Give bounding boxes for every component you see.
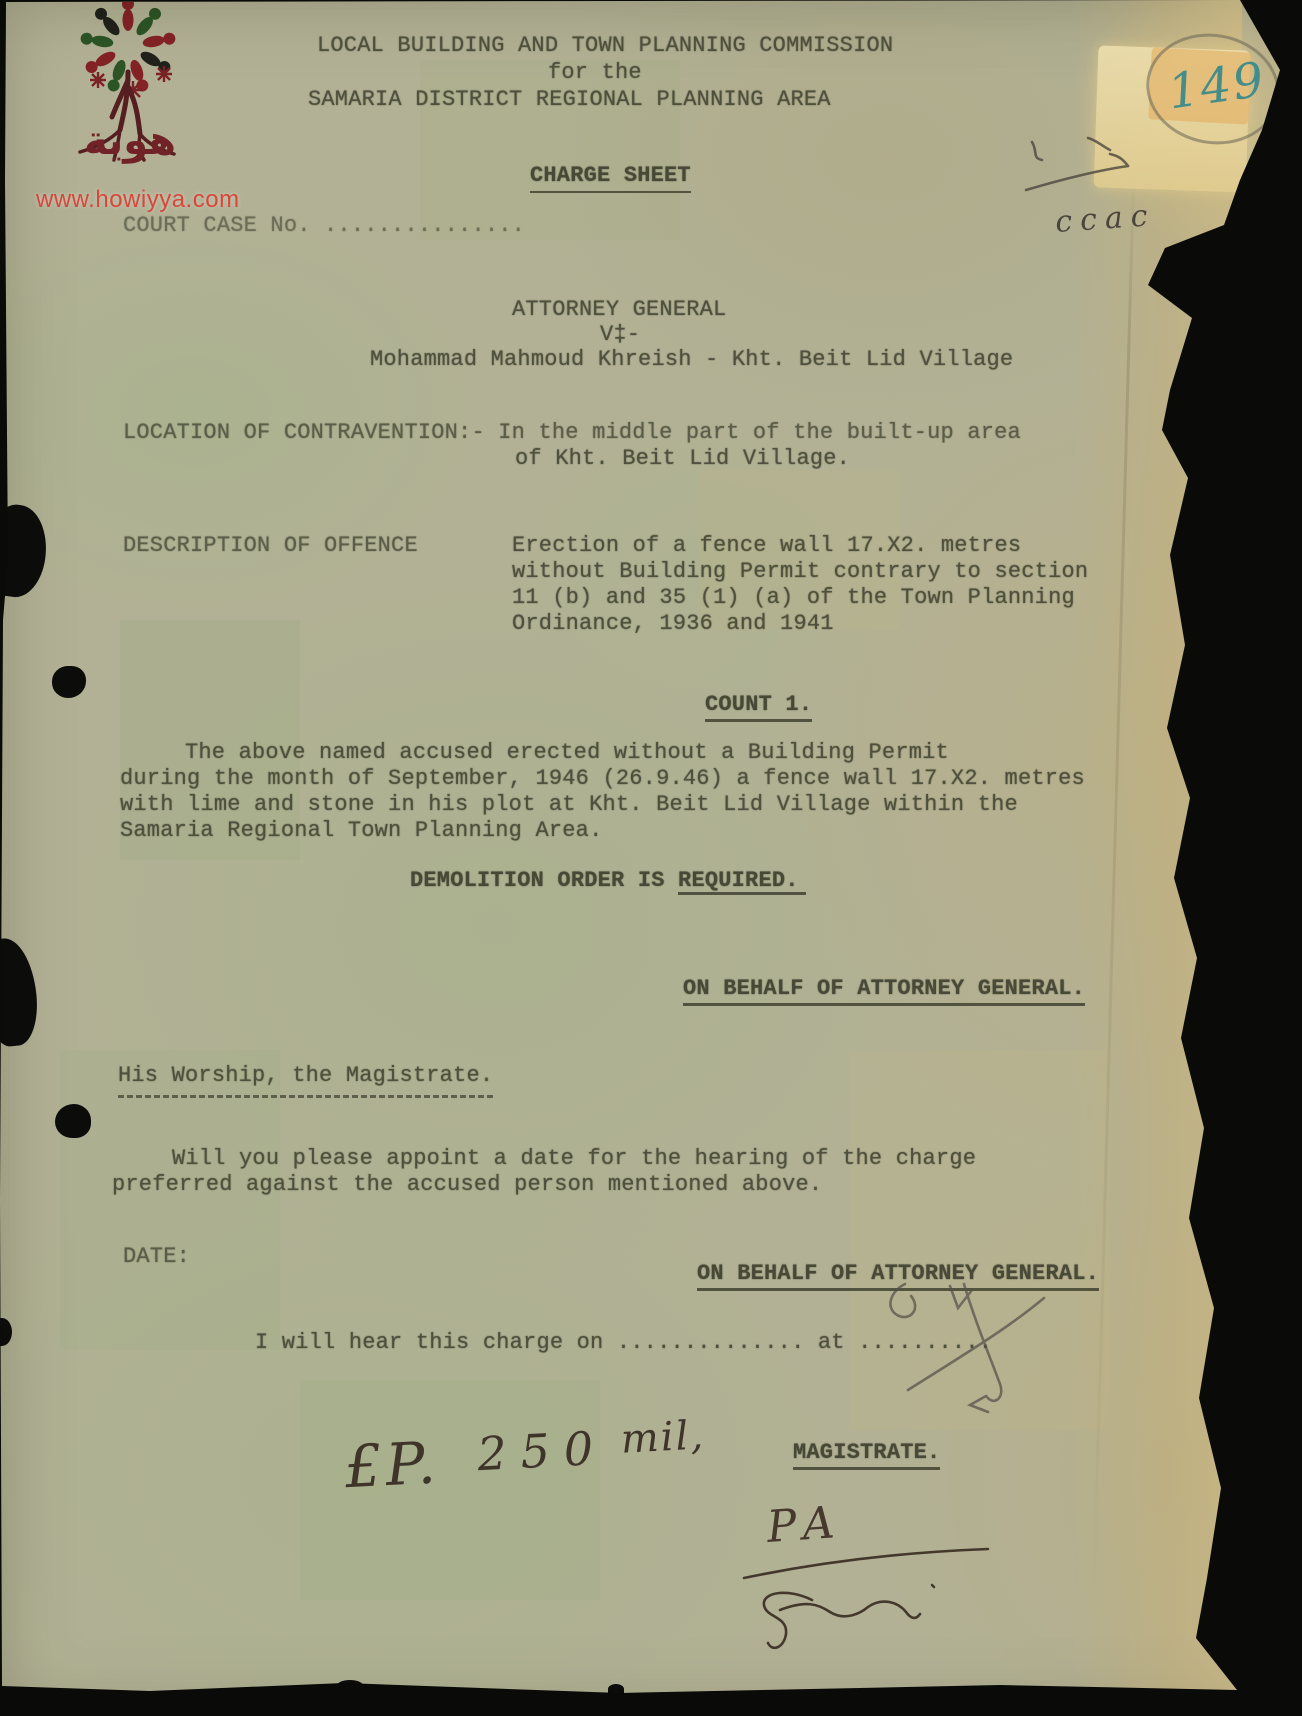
watermark-url: www.howiyya.com	[36, 186, 240, 214]
header-line-3: SAMARIA DISTRICT REGIONAL PLANNING AREA	[308, 87, 831, 113]
count-paragraph-line-1: The above named accused erected without …	[185, 740, 949, 766]
versus-label: V‡-	[600, 322, 640, 348]
request-line-1: Will you please appoint a date for the h…	[172, 1146, 976, 1172]
hole-punch-blot	[0, 936, 42, 1049]
request-line-2: preferred against the accused person men…	[112, 1172, 822, 1198]
handwritten-initials: PA	[764, 1497, 846, 1553]
scanned-document-page: 149	[0, 0, 1302, 1716]
paper-sheet: 149	[0, 0, 1302, 1716]
fee-note-unit: mil,	[620, 1412, 707, 1462]
date-label: DATE:	[123, 1244, 190, 1270]
magistrate-label: MAGISTRATE.	[793, 1440, 940, 1470]
edge-nick	[608, 1684, 624, 1694]
location-line-1: LOCATION OF CONTRAVENTION:- In the middl…	[123, 420, 1021, 446]
edge-nick	[336, 1680, 364, 1694]
demolition-underline	[678, 892, 806, 895]
offence-line-1: Erection of a fence wall 17.X2. metres	[512, 533, 1021, 559]
count-paragraph-line-4: Samaria Regional Town Planning Area.	[120, 818, 602, 844]
offence-line-4: Ordinance, 1936 and 1941	[512, 611, 834, 637]
court-case-number-line: COURT CASE No. ...............	[123, 213, 525, 239]
count-paragraph-line-2: during the month of September, 1946 (26.…	[120, 766, 1085, 792]
accused-name: Mohammad Mahmoud Khreish - Kht. Beit Lid…	[370, 347, 1013, 373]
edge-nick	[0, 1318, 12, 1346]
offence-line-2: without Building Permit contrary to sect…	[512, 559, 1088, 585]
count-heading: COUNT 1.	[705, 692, 812, 722]
offence-line-3: 11 (b) and 35 (1) (a) of the Town Planni…	[512, 585, 1075, 611]
fee-note-handwriting: £P. 250 mil,	[342, 1412, 707, 1501]
fee-note-amount: 250	[475, 1421, 608, 1482]
hearing-date-line: I will hear this charge on .............…	[255, 1330, 992, 1356]
location-line-2: of Kht. Beit Lid Village.	[515, 446, 850, 472]
paper-mottle	[300, 1380, 600, 1600]
demolition-order-line: DEMOLITION ORDER IS REQUIRED.	[410, 868, 799, 894]
paper-mottle	[850, 1050, 1110, 1430]
signature-icon	[744, 1549, 988, 1648]
document-title: CHARGE SHEET	[530, 163, 691, 193]
hole-punch-blot	[52, 666, 86, 698]
hole-punch-blot	[0, 501, 52, 600]
plaintiff-name: ATTORNEY GENERAL	[512, 297, 726, 323]
offence-label: DESCRIPTION OF OFFENCE	[123, 533, 418, 559]
on-behalf-line-2: ON BEHALF OF ATTORNEY GENERAL.	[697, 1261, 1099, 1291]
hole-punch-blot	[55, 1104, 91, 1138]
on-behalf-line-1: ON BEHALF OF ATTORNEY GENERAL.	[683, 976, 1085, 1006]
logo-arabic-text: هوية	[84, 118, 176, 164]
salutation-line: His Worship, the Magistrate.	[118, 1063, 493, 1098]
header-line-1: LOCAL BUILDING AND TOWN PLANNING COMMISS…	[317, 33, 893, 59]
fee-note-pound: £P.	[342, 1428, 441, 1501]
header-line-2: for the	[548, 60, 642, 86]
count-paragraph-line-3: with lime and stone in his plot at Kht. …	[120, 792, 1018, 818]
